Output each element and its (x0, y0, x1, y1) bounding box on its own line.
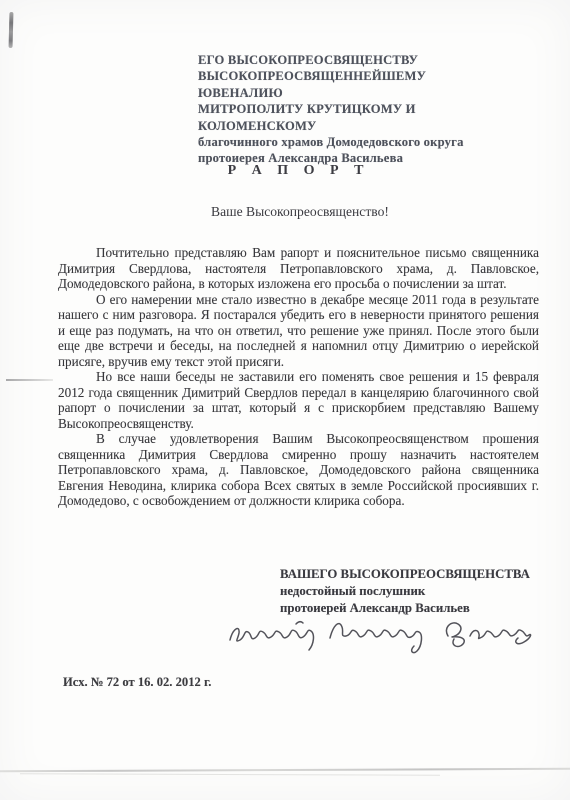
recipient-line: ЕГО ВЫСОКОПРЕОСВЯЩЕНСТВУ (198, 52, 498, 68)
closing-line: недостойный послушник (280, 583, 550, 600)
handwritten-signature (226, 604, 534, 660)
closing-line: ВАШЕГО ВЫСОКОПРЕОСВЯЩЕНСТВА (280, 566, 550, 583)
reference-number: Исх. № 72 от 16. 02. 2012 г. (63, 675, 211, 690)
paragraph: О его намерении мне стало известно в дек… (58, 292, 539, 370)
recipient-line: МИТРОПОЛИТУ КРУТИЦКОМУ И КОЛОМЕНСКОМУ (198, 101, 498, 134)
recipient-line: ВЫСОКОПРЕОСВЯЩЕННЕЙШЕМУ ЮВЕНАЛИЮ (198, 68, 498, 101)
document-title: Р А П О Р Т (58, 163, 539, 179)
recipient-address-block: ЕГО ВЫСОКОПРЕОСВЯЩЕНСТВУ ВЫСОКОПРЕОСВЯЩЕ… (198, 52, 498, 167)
paper-fold-mark (6, 379, 53, 381)
scan-edge-artifact (9, 12, 14, 48)
paragraph: В случае удовлетворения Вашим Высокопрео… (58, 431, 539, 509)
scan-fold-line-faint (20, 773, 440, 775)
document-body: Почтительно представляю Вам рапорт и поя… (58, 245, 539, 509)
scan-fold-line (0, 768, 570, 773)
paragraph: Почтительно представляю Вам рапорт и поя… (58, 245, 539, 292)
salutation: Ваше Высокопреосвященство! (211, 204, 389, 220)
recipient-line: благочинного храмов Домодедовского округ… (198, 134, 498, 150)
scanned-document-page: ЕГО ВЫСОКОПРЕОСВЯЩЕНСТВУ ВЫСОКОПРЕОСВЯЩЕ… (0, 0, 570, 800)
paragraph: Но все наши беседы не заставили его поме… (58, 369, 539, 431)
